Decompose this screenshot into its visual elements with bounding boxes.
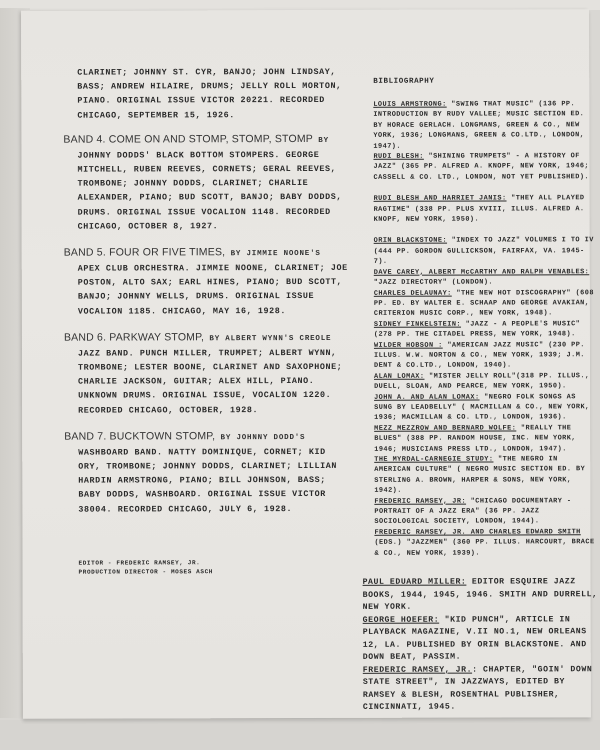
bibliography-entry: CHARLES DELAUNAY: "THE NEW HOT DISCOGRAP… xyxy=(362,288,597,320)
entry-author: MEZZ MEZZROW AND BERNARD WOLFE: xyxy=(374,424,516,432)
bibliography-entry: ORIN BLACKSTONE: "INDEX TO JAZZ" VOLUMES… xyxy=(362,236,597,268)
entry-author: SIDNEY FINKELSTEIN: xyxy=(374,320,461,328)
entry-author: DAVE CAREY, ALBERT McCARTHY AND RALPH VE… xyxy=(374,268,590,277)
bibliography-entry: FREDERIC RAMSEY, JR. AND CHARLES EDWARD … xyxy=(362,527,597,559)
entry-citation: "JAZZ DIRECTORY" (LONDON). xyxy=(374,279,493,287)
bibliography-entry: THE MYRDAL-CARNEGIE STUDY: "THE NEGRO IN… xyxy=(362,454,597,496)
bibliography-entry: MEZZ MEZZROW AND BERNARD WOLFE: "REALLY … xyxy=(362,423,597,455)
band-3-continuation: CLARINET; JOHNNY ST. CYR, BANJO; JOHN LI… xyxy=(63,65,348,123)
bibliography-column: BIBLIOGRAPHY LOUIS ARMSTRONG: "SWING THA… xyxy=(361,77,598,714)
entry-author: ORIN BLACKSTONE: xyxy=(374,237,447,245)
liner-notes-page: CLARINET; JOHNNY ST. CYR, BANJO; JOHN LI… xyxy=(21,9,591,718)
bibliography-entry: RUDI BLESH AND HARRIET JANIS: "THEY ALL … xyxy=(362,193,597,225)
entry-author: FREDERIC RAMSEY, JR: xyxy=(374,497,466,505)
entry-author: PAUL EDUARD MILLER: xyxy=(363,578,467,587)
bibliography-entry: RUDI BLESH: "SHINING TRUMPETS" - A HISTO… xyxy=(361,151,596,183)
credits: EDITOR - FREDERIC RAMSEY, JR. PRODUCTION… xyxy=(65,558,350,578)
band-title: BAND 6. PARKWAY STOMP, xyxy=(64,331,204,343)
bibliography-entry: LOUIS ARMSTRONG: "SWING THAT MUSIC" (136… xyxy=(361,99,596,152)
discography-column: CLARINET; JOHNNY ST. CYR, BANJO; JOHN LI… xyxy=(63,65,349,578)
bibliography-entry: WILDER HOBSON : "AMERICAN JAZZ MUSIC" (2… xyxy=(362,340,597,372)
bibliography-entry: SIDNEY FINKELSTEIN: "JAZZ - A PEOPLE'S M… xyxy=(362,319,597,340)
band-entry: BAND 4. COME ON AND STOMP, STOMP, STOMP … xyxy=(63,132,348,234)
band-heading: BAND 4. COME ON AND STOMP, STOMP, STOMP … xyxy=(63,132,348,149)
bibliography-list: LOUIS ARMSTRONG: "SWING THAT MUSIC" (136… xyxy=(361,99,597,559)
entry-author: GEORGE HOEFER: xyxy=(363,615,440,624)
band-personnel: JAZZ BAND. PUNCH MILLER, TRUMPET; ALBERT… xyxy=(64,346,349,418)
entry-author: THE MYRDAL-CARNEGIE STUDY: xyxy=(374,456,493,464)
entry-author: CHARLES DELAUNAY: xyxy=(374,289,452,297)
band-by: BY ALBERT WYNN'S CREOLE xyxy=(204,335,331,343)
bibliography-heading: BIBLIOGRAPHY xyxy=(361,77,596,86)
bibliography-entry: ALAN LOMAX: "MISTER JELLY ROLL"(318 PP. … xyxy=(362,371,597,392)
bibliography-entry: GEORGE HOEFER: "KID PUNCH", ARTICLE IN P… xyxy=(363,614,598,665)
bibliography-entry: DAVE CAREY, ALBERT McCARTHY AND RALPH VE… xyxy=(362,267,597,288)
entry-author: RUDI BLESH: xyxy=(373,153,423,161)
band-by: BY JIMMIE NOONE'S xyxy=(225,250,320,258)
band-title: BAND 7. BUCKTOWN STOMP, xyxy=(64,430,215,442)
bibliography-entry: JOHN A. AND ALAN LOMAX: "NEGRO FOLK SONG… xyxy=(362,392,597,424)
entry-author: LOUIS ARMSTRONG: xyxy=(373,101,446,109)
entry-author: JOHN A. AND ALAN LOMAX: xyxy=(374,393,479,401)
entry-author: ALAN LOMAX: xyxy=(374,372,424,380)
bibliography-list-additional: PAUL EDUARD MILLER: EDITOR ESQUIRE JAZZ … xyxy=(363,576,598,714)
band-personnel: JOHNNY DODDS' BLACK BOTTOM STOMPERS. GEO… xyxy=(63,148,348,234)
entry-author: FREDERIC RAMSEY, JR. AND CHARLES EDWARD … xyxy=(374,528,580,537)
bibliography-entry: FREDERIC RAMSEY, JR.: CHAPTER, "GOIN' DO… xyxy=(363,664,598,715)
band-entry: BAND 5. FOUR OR FIVE TIMES, BY JIMMIE NO… xyxy=(64,245,349,319)
entry-citation: (EDS.) "JAZZMEN" (360 PP. ILLUS. HARCOUR… xyxy=(374,538,594,557)
bibliography-entry: PAUL EDUARD MILLER: EDITOR ESQUIRE JAZZ … xyxy=(363,576,598,614)
band-entry: BAND 6. PARKWAY STOMP, BY ALBERT WYNN'S … xyxy=(64,330,349,418)
band-heading: BAND 5. FOUR OR FIVE TIMES, BY JIMMIE NO… xyxy=(64,245,349,262)
bibliography-entry: FREDERIC RAMSEY, JR: "CHICAGO DOCUMENTAR… xyxy=(362,496,597,528)
band-by: BY xyxy=(313,137,329,145)
band-by: BY JOHNNY DODD'S xyxy=(215,434,305,442)
band-personnel: WASHBOARD BAND. NATTY DOMINIQUE, CORNET;… xyxy=(64,445,349,517)
band-title: BAND 5. FOUR OR FIVE TIMES, xyxy=(64,246,226,258)
band-entry: BAND 7. BUCKTOWN STOMP, BY JOHNNY DODD'S… xyxy=(64,429,349,517)
band-heading: BAND 6. PARKWAY STOMP, BY ALBERT WYNN'S … xyxy=(64,330,349,347)
entry-author: WILDER HOBSON : xyxy=(374,341,443,349)
production-credit: PRODUCTION DIRECTOR - MOSES ASCH xyxy=(79,567,350,577)
band-heading: BAND 7. BUCKTOWN STOMP, BY JOHNNY DODD'S xyxy=(64,429,349,446)
band-title: BAND 4. COME ON AND STOMP, STOMP, STOMP xyxy=(63,133,313,146)
entry-author: RUDI BLESH AND HARRIET JANIS: xyxy=(374,195,507,203)
backdrop-surface xyxy=(0,720,600,750)
band-personnel: APEX CLUB ORCHESTRA. JIMMIE NOONE, CLARI… xyxy=(64,261,349,319)
entry-author: FREDERIC RAMSEY, JR. xyxy=(363,665,472,674)
